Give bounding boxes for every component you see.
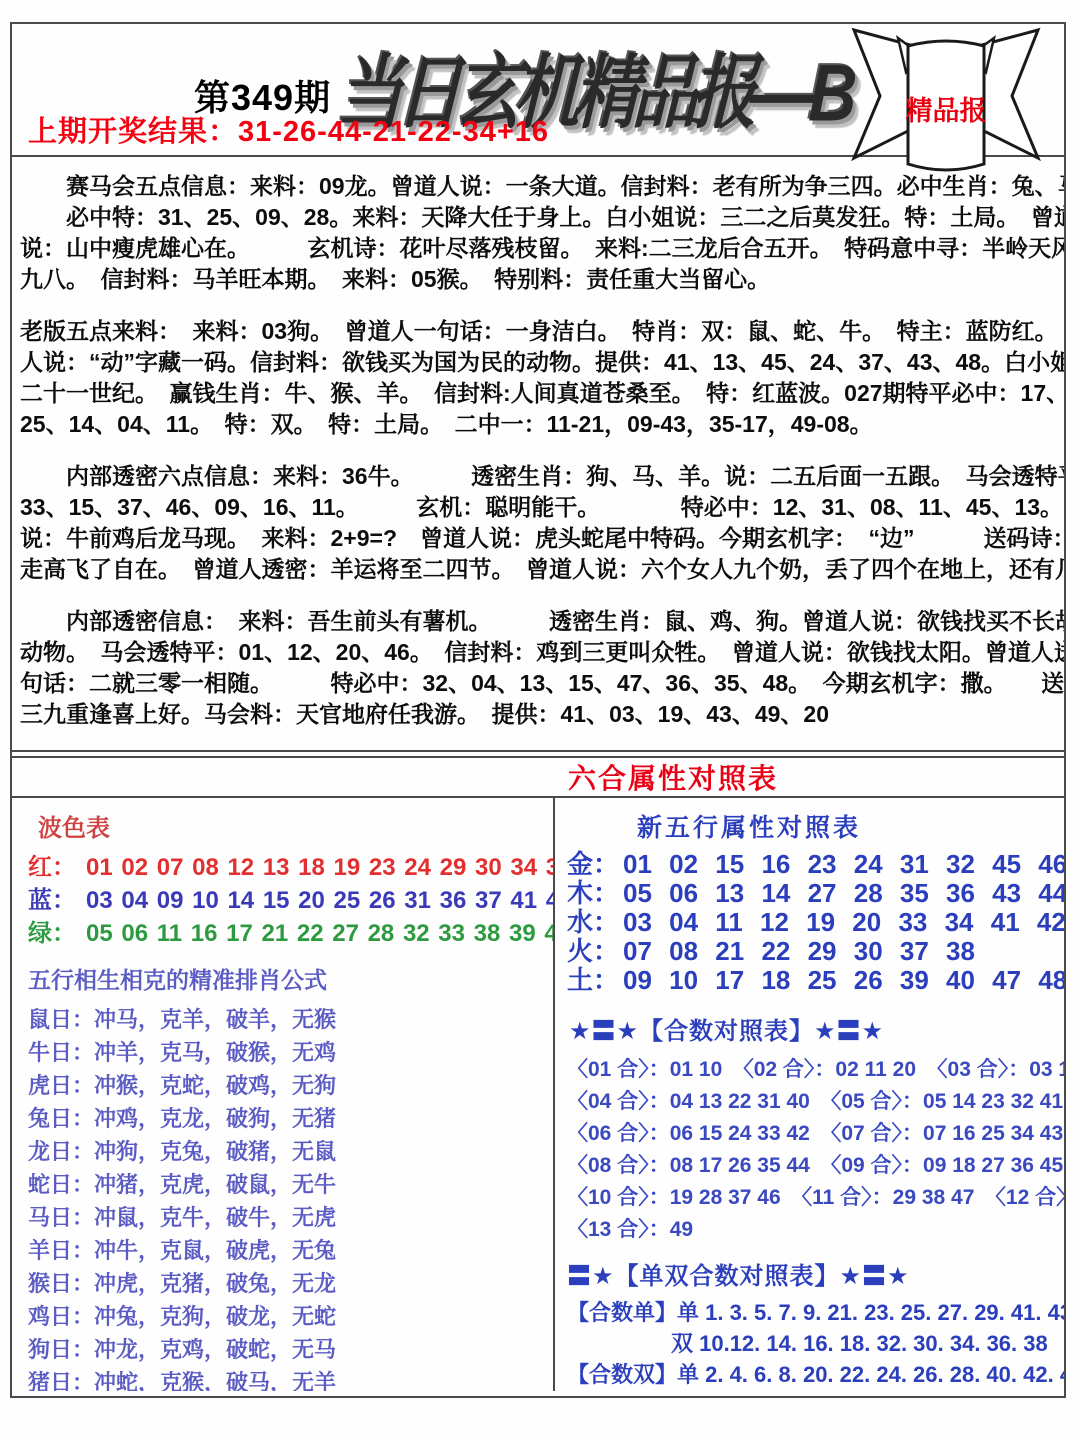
element-wood-label: 木： <box>567 878 619 908</box>
zodiac-line-rat: 鼠日：冲马，克羊，破羊，无猴 <box>28 1003 553 1036</box>
text-line: 内部透密信息： 来料：吾生前头有薯机。 透密生肖：鼠、鸡、狗。曾道人说：欲钱找买… <box>20 606 1056 637</box>
wave-blue-row: 蓝：03 04 09 10 14 15 20 25 26 31 36 37 41… <box>28 884 553 917</box>
element-wood-numbers: 05 06 13 14 27 28 35 36 43 44 <box>623 878 1064 908</box>
page-frame: 第349期 当日玄机精品报—B 精品报 上期开奖结果：31-26-44-21-2… <box>10 22 1066 1398</box>
section-title-bar: 六合属性对照表 <box>12 756 1064 798</box>
element-wood-row: 木：05 06 13 14 27 28 35 36 43 44 <box>567 879 1064 908</box>
element-gold-row: 金：01 02 15 16 23 24 31 32 45 46 <box>567 850 1064 879</box>
text-line: 九八。 信封料：马羊旺本期。 来料：05猴。 特别料：责任重大当留心。 <box>20 264 1056 295</box>
sum-table-line: 〈06 合〉：06 15 24 33 42 〈07 合〉：07 16 25 34… <box>567 1118 1064 1150</box>
element-earth-row: 土：09 10 17 18 25 26 39 40 47 48 <box>567 966 1064 995</box>
section-title: 六合属性对照表 <box>568 757 778 797</box>
zodiac-line-rabbit: 兔日：冲鸡，克龙，破狗，无猪 <box>28 1102 553 1135</box>
zodiac-line-dog: 狗日：冲龙，克鸡，破蛇，无马 <box>28 1333 553 1366</box>
text-line: 33、15、37、46、09、16、11。 玄机：聪明能干。 特必中：12、31… <box>20 492 1056 523</box>
text-line: 必中特：31、25、09、28。来料：天降大任于身上。白小姐说：三二之后莫发狂。… <box>20 202 1056 233</box>
right-column: 新五行属性对照表 金：01 02 15 16 23 24 31 32 45 46… <box>555 798 1064 1391</box>
ribbon-label: 精品报 <box>906 95 987 126</box>
sum-odd-line: 【合数单】单 1. 3. 5. 7. 9. 21. 23. 25. 27. 29… <box>567 1297 1064 1328</box>
text-line: 人说：“动”字藏一码。信封料：欲钱买为国为民的动物。提供：41、13、45、24… <box>20 347 1056 378</box>
element-fire-numbers: 07 08 21 22 29 30 37 38 <box>623 936 975 966</box>
sum-table-line: 〈04 合〉：04 13 22 31 40 〈05 合〉：05 14 23 32… <box>567 1086 1064 1118</box>
text-line: 赛马会五点信息：来料：09龙。曾道人说：一条大道。信封料：老有所为争三四。必中生… <box>20 171 1056 202</box>
sum-table-line: 〈13 合〉：49 <box>567 1214 1064 1246</box>
wave-color-table-title: 波色表 <box>38 808 553 843</box>
text-line: 老版五点来料： 来料：03狗。 曾道人一句话：一身洁白。 特肖：双：鼠、蛇、牛。… <box>20 316 1056 347</box>
last-draw-result: 上期开奖结果：31-26-44-21-22-34+16 <box>28 109 549 150</box>
wave-green-numbers: 05 06 11 16 17 21 22 27 28 32 33 38 39 4… <box>86 920 555 947</box>
zodiac-line-goat: 羊日：冲牛，克鼠，破虎，无兔 <box>28 1234 553 1267</box>
text-line: 走高飞了自在。 曾道人透密：羊运将至二四节。 曾道人说：六个女人九个奶，丢了四个… <box>20 554 1056 585</box>
sum-table-line: 〈08 合〉：08 17 26 35 44 〈09 合〉：09 18 27 36… <box>567 1150 1064 1182</box>
reference-tables: 波色表 红：01 02 07 08 12 13 18 19 23 24 29 3… <box>12 798 1064 1391</box>
paragraph-horse-club-5pm: 赛马会五点信息：来料：09龙。曾道人说：一条大道。信封料：老有所为争三四。必中生… <box>20 171 1056 295</box>
zodiac-line-monkey: 猴日：冲虎，克猪，破兔，无龙 <box>28 1267 553 1300</box>
last-draw-result-label: 上期开奖结果： <box>28 116 238 148</box>
element-fire-label: 火： <box>567 936 619 966</box>
element-water-numbers: 03 04 11 12 19 20 33 34 41 42 49 <box>623 907 1064 937</box>
sum-even-line: 【合数双】单 2. 4. 6. 8. 20. 22. 24. 26. 28. 4… <box>567 1359 1064 1390</box>
zodiac-line-pig: 猪日：冲蛇，克猴，破马，无羊 <box>28 1366 553 1391</box>
element-earth-numbers: 09 10 17 18 25 26 39 40 47 48 <box>623 965 1064 995</box>
wave-green-label: 绿： <box>28 920 76 947</box>
text-line: 二十一世纪。 赢钱生肖：牛、猴、羊。 信封料:人间真道苍桑至。 特：红蓝波。02… <box>20 378 1056 409</box>
text-line: 动物。 马会透特平：01、12、20、46。 信封料：鸡到三更叫众牲。 曾道人说… <box>20 637 1056 668</box>
element-earth-label: 土： <box>567 965 619 995</box>
last-draw-result-numbers: 31-26-44-21-22-34+16 <box>238 116 549 148</box>
zodiac-line-rooster: 鸡日：冲兔，克狗，破龙，无蛇 <box>28 1300 553 1333</box>
zodiac-line-dragon: 龙日：冲狗，克兔，破猪，无鼠 <box>28 1135 553 1168</box>
element-water-label: 水： <box>567 907 619 937</box>
text-line: 句话：二就三零一相随。 特必中：32、04、13、15、47、36、35、48。… <box>20 668 1056 699</box>
element-fire-row: 火：07 08 21 22 29 30 37 38 <box>567 937 1064 966</box>
sum-even-even-continuation: 双 11. 13. 15. 17. 19. 31. 33. 35. 37. 39 <box>567 1390 1064 1391</box>
odd-even-sum-table-title: 〓★【单双合数对照表】★〓★ <box>567 1256 1064 1291</box>
new-five-element-table-title: 新五行属性对照表 <box>637 808 1064 844</box>
tips-text-block: 赛马会五点信息：来料：09龙。曾道人说：一条大道。信封料：老有所为争三四。必中生… <box>12 157 1064 752</box>
element-water-row: 水：03 04 11 12 19 20 33 34 41 42 49 <box>567 908 1064 937</box>
header: 第349期 当日玄机精品报—B 精品报 上期开奖结果：31-26-44-21-2… <box>12 24 1064 157</box>
wave-red-numbers: 01 02 07 08 12 13 18 19 23 24 29 30 34 3… <box>86 854 555 881</box>
wave-green-row: 绿：05 06 11 16 17 21 22 27 28 32 33 38 39… <box>28 917 553 950</box>
wave-blue-numbers: 03 04 09 10 14 15 20 25 26 31 36 37 41 4… <box>86 887 555 914</box>
paragraph-old-edition-5pm: 老版五点来料： 来料：03狗。 曾道人一句话：一身洁白。 特肖：双：鼠、蛇、牛。… <box>20 316 1056 440</box>
text-line: 25、14、04、11。 特：双。 特：土局。 二中一：11-21，09-43，… <box>20 409 1056 440</box>
text-line: 三九重逢喜上好。马会料：天官地府任我游。 提供：41、03、19、43、49、2… <box>20 699 1056 730</box>
paragraph-inside-secret-info: 内部透密信息： 来料：吾生前头有薯机。 透密生肖：鼠、鸡、狗。曾道人说：欲钱找买… <box>20 606 1056 730</box>
sum-table-line: 〈10 合〉：19 28 37 46 〈11 合〉：29 38 47 〈12 合… <box>567 1182 1064 1214</box>
wave-blue-label: 蓝： <box>28 887 76 914</box>
sum-table-title: ★〓★【合数对照表】★〓★ <box>569 1011 1064 1046</box>
sum-odd-even-continuation: 双 10.12. 14. 16. 18. 32. 30. 34. 36. 38 <box>567 1328 1064 1359</box>
wave-red-row: 红：01 02 07 08 12 13 18 19 23 24 29 30 34… <box>28 851 553 884</box>
wave-red-label: 红： <box>28 854 76 881</box>
element-gold-label: 金： <box>567 849 619 879</box>
zodiac-line-snake: 蛇日：冲猪，克虎，破鼠，无牛 <box>28 1168 553 1201</box>
zodiac-line-tiger: 虎日：冲猴，克蛇，破鸡，无狗 <box>28 1069 553 1102</box>
element-gold-numbers: 01 02 15 16 23 24 31 32 45 46 <box>623 849 1064 879</box>
zodiac-line-ox: 牛日：冲羊，克马，破猴，无鸡 <box>28 1036 553 1069</box>
newspaper-page: 第349期 当日玄机精品报—B 精品报 上期开奖结果：31-26-44-21-2… <box>0 0 1080 1440</box>
left-column: 波色表 红：01 02 07 08 12 13 18 19 23 24 29 3… <box>12 798 555 1391</box>
paragraph-inside-secret-6pm: 内部透密六点信息：来料：36牛。 透密生肖：狗、马、羊。说：二五后面一五跟。 马… <box>20 461 1056 585</box>
text-line: 内部透密六点信息：来料：36牛。 透密生肖：狗、马、羊。说：二五后面一五跟。 马… <box>20 461 1056 492</box>
ribbon-banner: 精品报 <box>848 14 1044 180</box>
five-element-formula-title: 五行相生相克的精准排肖公式 <box>28 962 553 995</box>
text-line: 说：牛前鸡后龙马现。 来料：2+9=? 曾道人说：虎头蛇尾中特码。今期玄机字： … <box>20 523 1056 554</box>
sum-table-line: 〈01 合〉：01 10 〈02 合〉：02 11 20 〈03 合〉：03 1… <box>567 1054 1064 1086</box>
text-line: 说：山中瘦虎雄心在。 玄机诗：花叶尽落残枝留。 来料:二三龙后合五开。 特码意中… <box>20 233 1056 264</box>
zodiac-line-horse: 马日：冲鼠，克牛，破牛，无虎 <box>28 1201 553 1234</box>
